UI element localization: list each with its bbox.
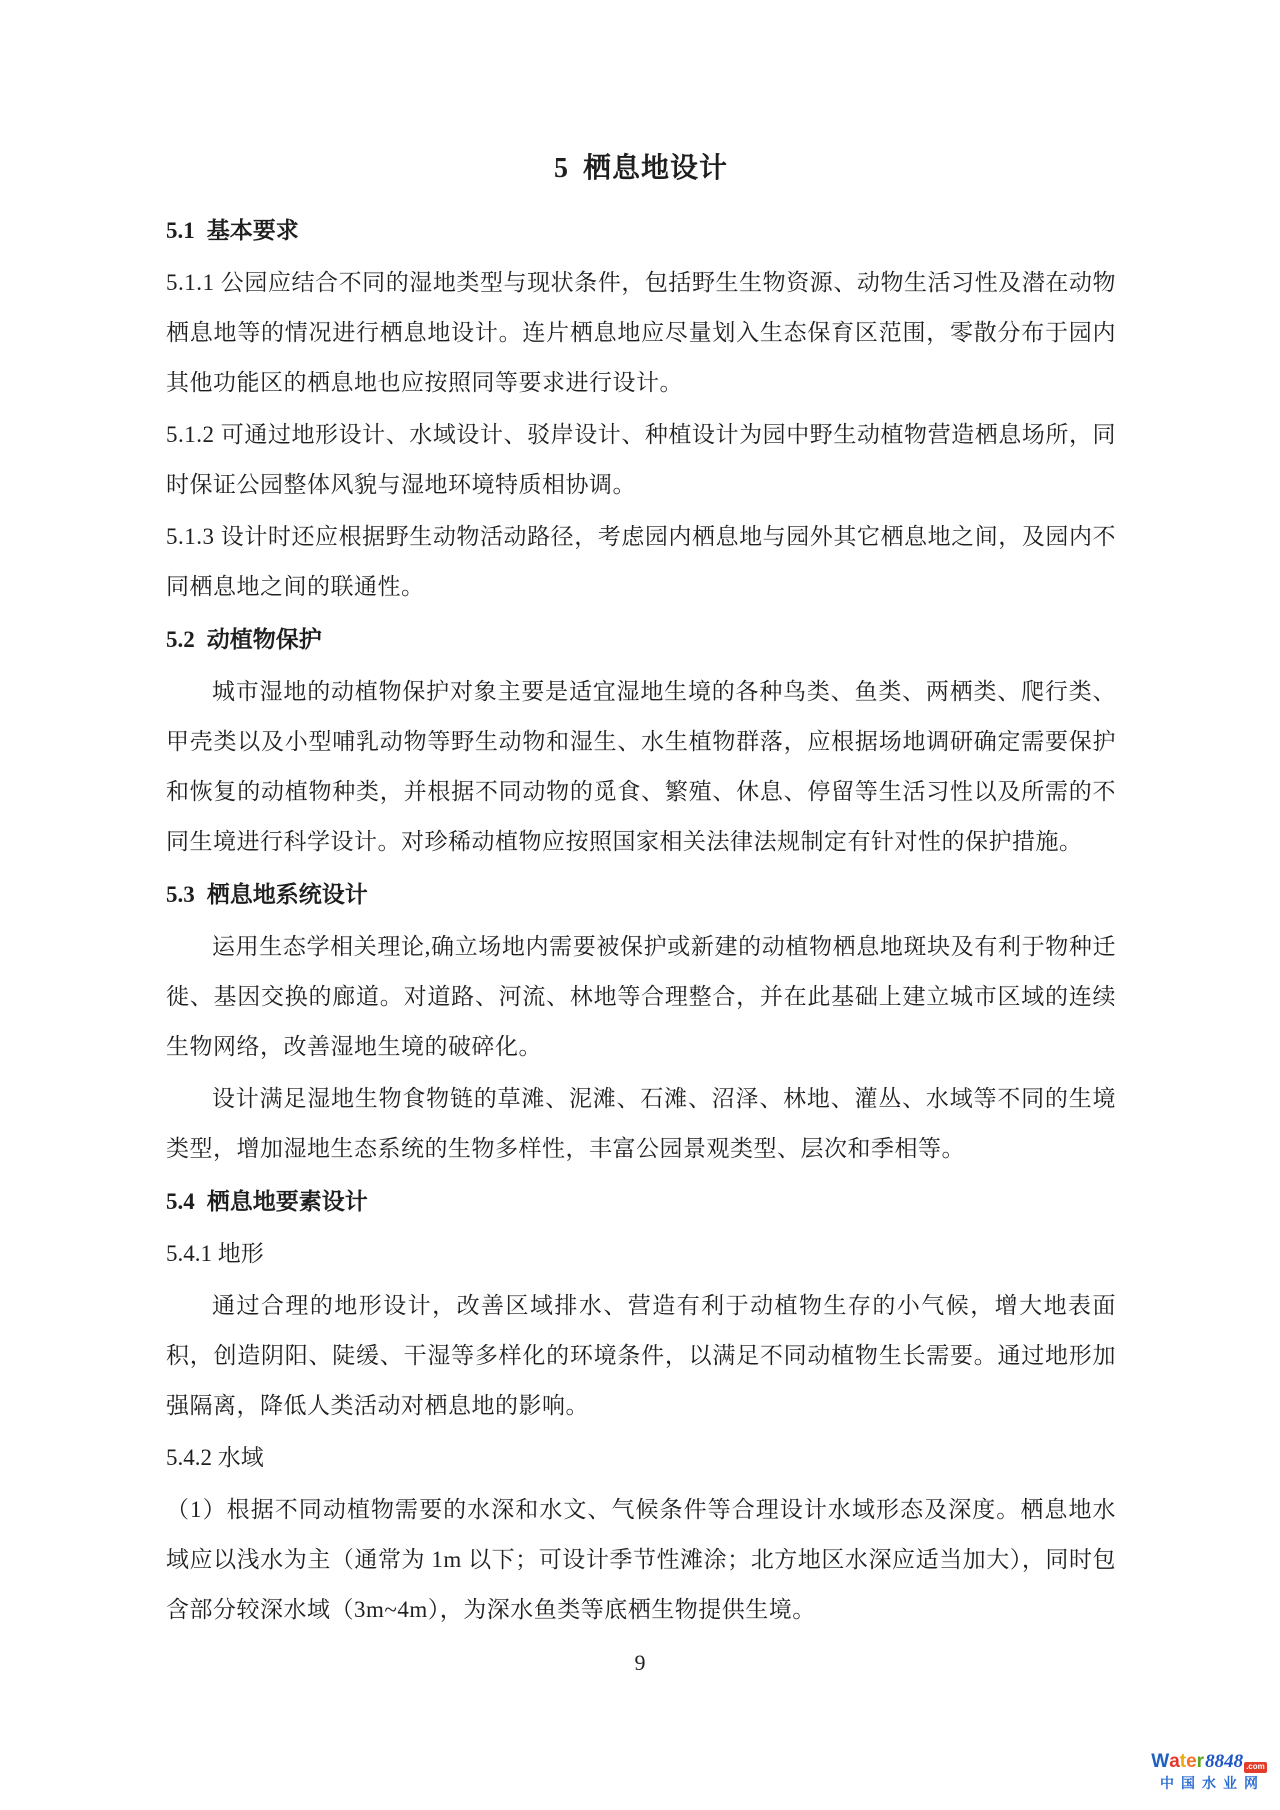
watermark-letter: W — [1151, 1752, 1169, 1773]
section-label: 动植物保护 — [207, 626, 322, 652]
watermark-number: 8848 — [1205, 1752, 1243, 1773]
watermark-logo: W a t e r 8848 .com 中国水业网 — [1146, 1752, 1272, 1791]
watermark-tld-badge: .com — [1244, 1762, 1267, 1773]
page-number: 9 — [0, 1650, 1280, 1676]
page-title: 5栖息地设计 — [166, 150, 1116, 187]
paragraph-5-1-2: 5.1.2 可通过地形设计、水域设计、驳岸设计、种植设计为园中野生动植物营造栖息… — [166, 410, 1116, 510]
section-number: 5.4 — [166, 1189, 195, 1214]
section-label: 栖息地系统设计 — [207, 881, 368, 907]
section-number: 5.1 — [166, 218, 195, 243]
subsection-heading-5-4-1: 5.4.1 地形 — [166, 1229, 1116, 1279]
watermark-letter: e — [1186, 1752, 1197, 1773]
section-label: 基本要求 — [207, 217, 299, 243]
watermark-subtitle: 中国水业网 — [1146, 1776, 1279, 1791]
watermark-brand-line: W a t e r 8848 .com — [1146, 1752, 1272, 1773]
paragraph-5-4-2-item-1: （1）根据不同动植物需要的水深和水文、气候条件等合理设计水域形态及深度。栖息地水… — [166, 1485, 1116, 1635]
section-heading-5-2: 5.2动植物保护 — [166, 614, 1116, 665]
section-label: 栖息地要素设计 — [207, 1188, 368, 1214]
section-number: 5.2 — [166, 627, 195, 652]
paragraph-5-3-body-1: 运用生态学相关理论,确立场地内需要被保护或新建的动植物栖息地斑块及有利于物种迁徙… — [166, 922, 1116, 1072]
document-page: 5栖息地设计 5.1基本要求 5.1.1 公园应结合不同的湿地类型与现状条件，包… — [0, 0, 1280, 1810]
paragraph-5-4-1-body: 通过合理的地形设计，改善区域排水、营造有利于动植物生存的小气候，增大地表面积，创… — [166, 1281, 1116, 1431]
paragraph-5-2-body: 城市湿地的动植物保护对象主要是适宜湿地生境的各种鸟类、鱼类、两栖类、爬行类、甲壳… — [166, 667, 1116, 867]
section-heading-5-4: 5.4栖息地要素设计 — [166, 1176, 1116, 1227]
paragraph-5-1-3: 5.1.3 设计时还应根据野生动物活动路径，考虑园内栖息地与园外其它栖息地之间，… — [166, 512, 1116, 612]
watermark-letter: a — [1169, 1752, 1180, 1773]
subsection-heading-5-4-2: 5.4.2 水域 — [166, 1433, 1116, 1483]
section-heading-5-1: 5.1基本要求 — [166, 205, 1116, 256]
page-title-text: 栖息地设计 — [583, 152, 728, 183]
watermark-letter: r — [1197, 1752, 1204, 1773]
section-heading-5-3: 5.3栖息地系统设计 — [166, 869, 1116, 920]
page-title-number: 5 — [554, 153, 569, 184]
section-number: 5.3 — [166, 882, 195, 907]
paragraph-5-3-body-2: 设计满足湿地生物食物链的草滩、泥滩、石滩、沼泽、林地、灌丛、水域等不同的生境类型… — [166, 1074, 1116, 1174]
paragraph-5-1-1: 5.1.1 公园应结合不同的湿地类型与现状条件，包括野生生物资源、动物生活习性及… — [166, 258, 1116, 408]
